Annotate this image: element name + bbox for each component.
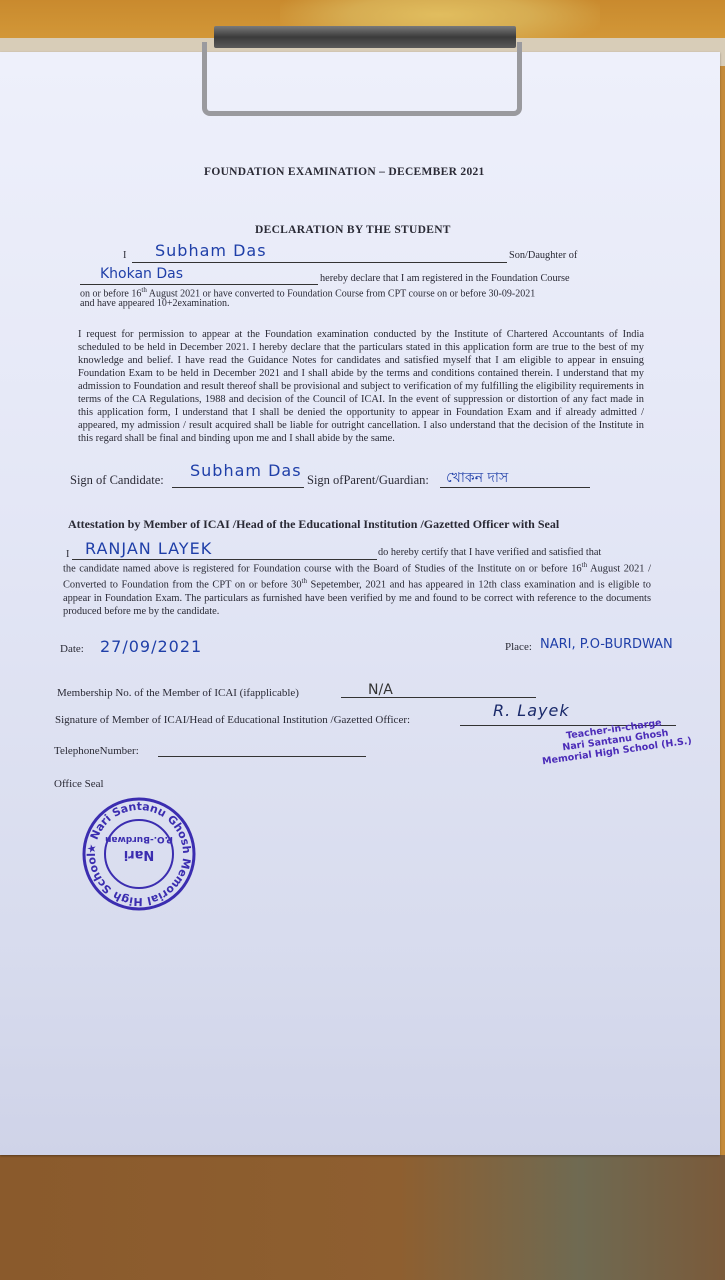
candidate-sign-line (172, 487, 304, 488)
place-label: Place: (505, 641, 532, 654)
son-daughter-label: Son/Daughter of (509, 249, 577, 262)
svg-text:P.O.-Burdwan: P.O.-Burdwan (105, 834, 173, 844)
svg-text:Nari: Nari (124, 847, 155, 862)
guardian-signature[interactable]: খোকন দাস (446, 466, 508, 490)
membership-label: Membership No. of the Member of ICAI (if… (57, 687, 299, 700)
candidate-sign-label: Sign of Candidate: (70, 473, 164, 488)
declaration-prefix: I (123, 249, 126, 262)
declaration-line-3: and have appeared 10+2examination. (80, 297, 229, 310)
clipboard-clip-wire (202, 42, 522, 116)
date-field[interactable]: 27/09/2021 (100, 637, 202, 656)
student-name-field[interactable]: Subham Das (155, 241, 267, 260)
attestation-body: the candidate named above is registered … (63, 559, 651, 618)
certify-text: do hereby certify that I have verified a… (378, 546, 601, 559)
parent-name-field[interactable]: Khokan Das (100, 266, 183, 282)
declaration-heading: DECLARATION BY THE STUDENT (255, 224, 451, 236)
place-field[interactable]: NARI, P.O-BURDWAN (540, 637, 673, 652)
office-seal-label: Office Seal (54, 778, 104, 791)
student-name-line (132, 262, 507, 263)
school-seal-stamp: ★ Nari Santanu Ghosh Memorial High Schoo… (80, 795, 198, 913)
candidate-signature[interactable]: Subham Das (190, 461, 302, 480)
officer-signature[interactable]: R. Layek (493, 701, 570, 720)
request-paragraph: I request for permission to appear at th… (78, 328, 644, 445)
attestation-heading: Attestation by Member of ICAI /Head of t… (68, 517, 559, 532)
attester-name-field[interactable]: RANJAN LAYEK (85, 539, 212, 558)
officer-signature-label: Signature of Member of ICAI/Head of Educ… (55, 714, 410, 727)
telephone-label: TelephoneNumber: (54, 745, 139, 758)
table-surface (0, 1155, 725, 1280)
guardian-sign-label: Sign ofParent/Guardian: (307, 473, 429, 488)
membership-field[interactable]: N/A (368, 682, 393, 698)
date-label: Date: (60, 643, 84, 656)
telephone-line (158, 756, 366, 757)
exam-title: FOUNDATION EXAMINATION – DECEMBER 2021 (204, 166, 485, 178)
